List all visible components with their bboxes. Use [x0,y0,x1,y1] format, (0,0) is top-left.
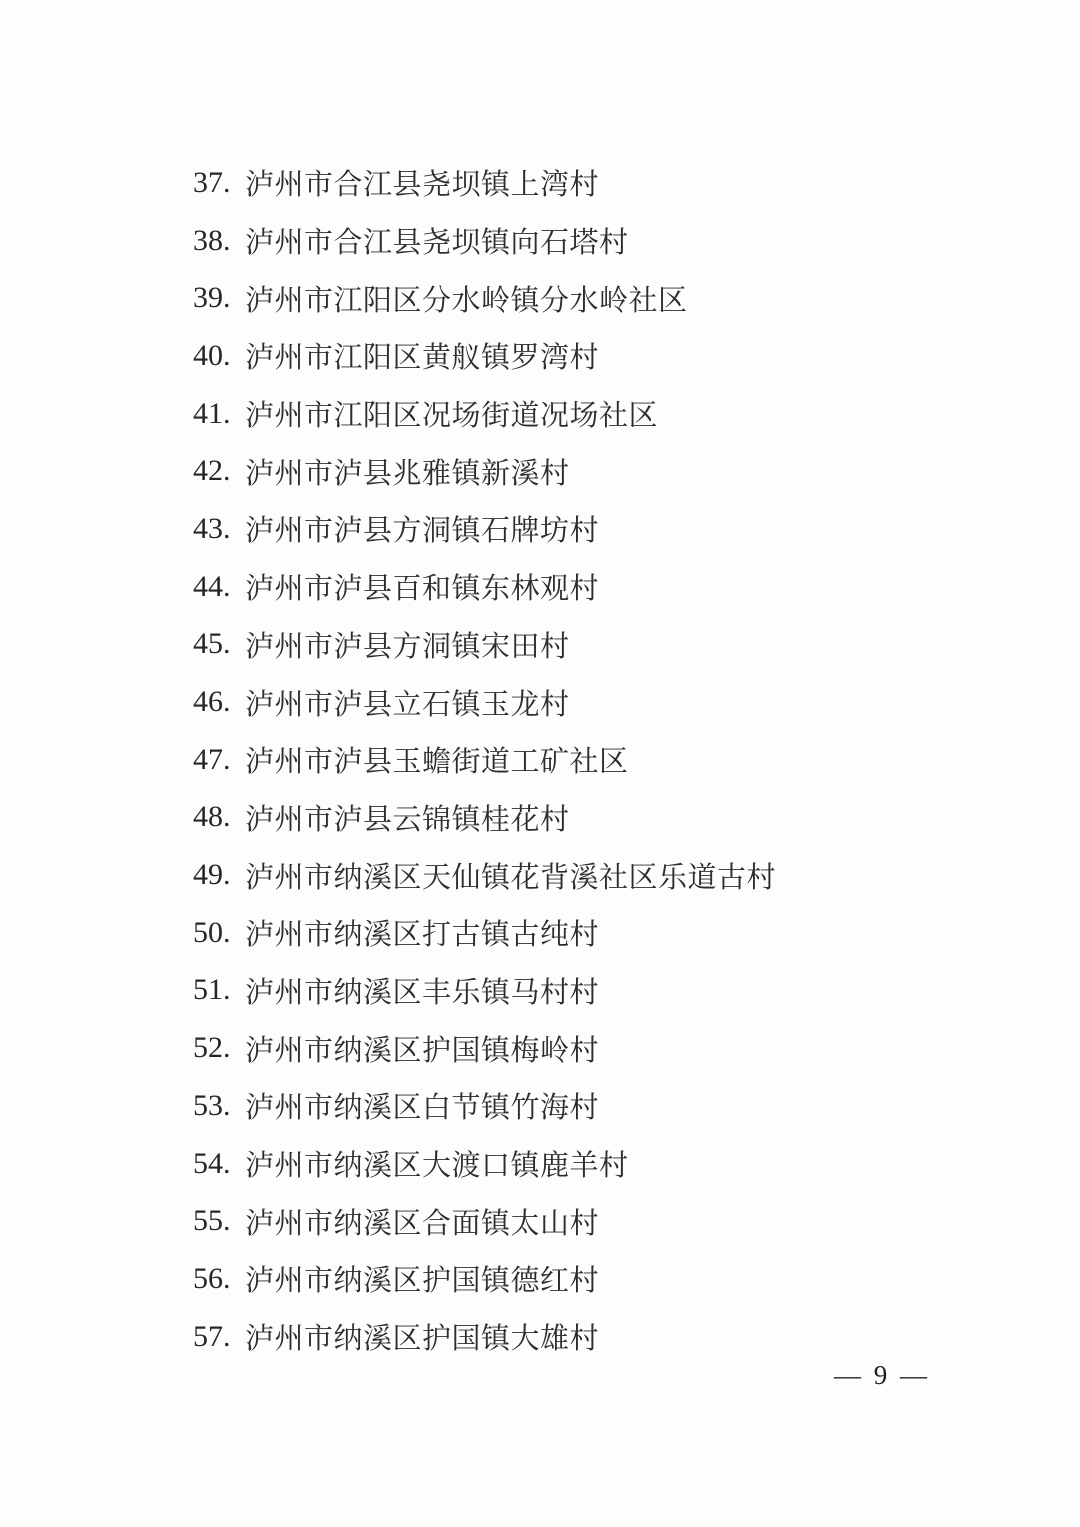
item-number: 57. [193,1320,245,1354]
item-text: 泸州市纳溪区护国镇大雄村 [245,1316,599,1357]
item-number: 50. [193,916,245,950]
item-text: 泸州市合江县尧坝镇上湾村 [245,162,599,203]
item-text: 泸州市江阳区分水岭镇分水岭社区 [245,278,688,319]
item-number: 53. [193,1089,245,1123]
list-item: 50. 泸州市纳溪区打古镇古纯村 [193,904,776,962]
list-item: 51. 泸州市纳溪区丰乐镇马村村 [193,962,776,1020]
item-text: 泸州市泸县兆雅镇新溪村 [245,451,570,492]
item-text: 泸州市泸县玉蟾街道工矿社区 [245,739,629,780]
item-text: 泸州市泸县云锦镇桂花村 [245,797,570,838]
item-number: 39. [193,281,245,315]
list-item: 44. 泸州市泸县百和镇东林观村 [193,558,776,616]
page-number: — 9 — [834,1360,930,1391]
list-item: 48. 泸州市泸县云锦镇桂花村 [193,789,776,847]
item-number: 43. [193,512,245,546]
item-text: 泸州市泸县方洞镇宋田村 [245,624,570,665]
item-text: 泸州市纳溪区打古镇古纯村 [245,912,599,953]
item-number: 45. [193,627,245,661]
item-text: 泸州市纳溪区护国镇德红村 [245,1258,599,1299]
item-number: 46. [193,685,245,719]
list-item: 46. 泸州市泸县立石镇玉龙村 [193,673,776,731]
item-number: 41. [193,397,245,431]
item-text: 泸州市江阳区况场街道况场社区 [245,393,658,434]
item-number: 38. [193,224,245,258]
item-text: 泸州市纳溪区合面镇太山村 [245,1201,599,1242]
item-text: 泸州市纳溪区大渡口镇鹿羊村 [245,1143,629,1184]
list-item: 37. 泸州市合江县尧坝镇上湾村 [193,154,776,212]
item-number: 42. [193,454,245,488]
item-number: 52. [193,1031,245,1065]
list-item: 41. 泸州市江阳区况场街道况场社区 [193,385,776,443]
list-item: 53. 泸州市纳溪区白节镇竹海村 [193,1077,776,1135]
item-number: 56. [193,1262,245,1296]
list-item: 56. 泸州市纳溪区护国镇德红村 [193,1250,776,1308]
item-text: 泸州市纳溪区丰乐镇马村村 [245,970,599,1011]
item-number: 47. [193,743,245,777]
list-item: 43. 泸州市泸县方洞镇石牌坊村 [193,500,776,558]
list-item: 55. 泸州市纳溪区合面镇太山村 [193,1192,776,1250]
list-item: 57. 泸州市纳溪区护国镇大雄村 [193,1308,776,1366]
list-item: 52. 泸州市纳溪区护国镇梅岭村 [193,1019,776,1077]
item-text: 泸州市泸县方洞镇石牌坊村 [245,508,599,549]
item-number: 48. [193,800,245,834]
item-number: 55. [193,1204,245,1238]
item-text: 泸州市江阳区黄舣镇罗湾村 [245,335,599,376]
item-text: 泸州市泸县立石镇玉龙村 [245,682,570,723]
list-item: 54. 泸州市纳溪区大渡口镇鹿羊村 [193,1135,776,1193]
item-text: 泸州市合江县尧坝镇向石塔村 [245,220,629,261]
item-number: 44. [193,570,245,604]
list-item: 45. 泸州市泸县方洞镇宋田村 [193,616,776,674]
item-number: 49. [193,858,245,892]
item-text: 泸州市纳溪区天仙镇花背溪社区乐道古村 [245,855,776,896]
item-text: 泸州市泸县百和镇东林观村 [245,566,599,607]
list-item: 47. 泸州市泸县玉蟾街道工矿社区 [193,731,776,789]
item-number: 40. [193,339,245,373]
document-page: 37. 泸州市合江县尧坝镇上湾村 38. 泸州市合江县尧坝镇向石塔村 39. 泸… [0,0,1080,1527]
item-number: 54. [193,1147,245,1181]
list-item: 38. 泸州市合江县尧坝镇向石塔村 [193,212,776,270]
list-item: 39. 泸州市江阳区分水岭镇分水岭社区 [193,269,776,327]
list-item: 40. 泸州市江阳区黄舣镇罗湾村 [193,327,776,385]
list-item: 42. 泸州市泸县兆雅镇新溪村 [193,442,776,500]
list-item: 49. 泸州市纳溪区天仙镇花背溪社区乐道古村 [193,846,776,904]
item-number: 37. [193,166,245,200]
item-text: 泸州市纳溪区护国镇梅岭村 [245,1028,599,1069]
village-list: 37. 泸州市合江县尧坝镇上湾村 38. 泸州市合江县尧坝镇向石塔村 39. 泸… [193,154,776,1365]
item-text: 泸州市纳溪区白节镇竹海村 [245,1085,599,1126]
item-number: 51. [193,973,245,1007]
